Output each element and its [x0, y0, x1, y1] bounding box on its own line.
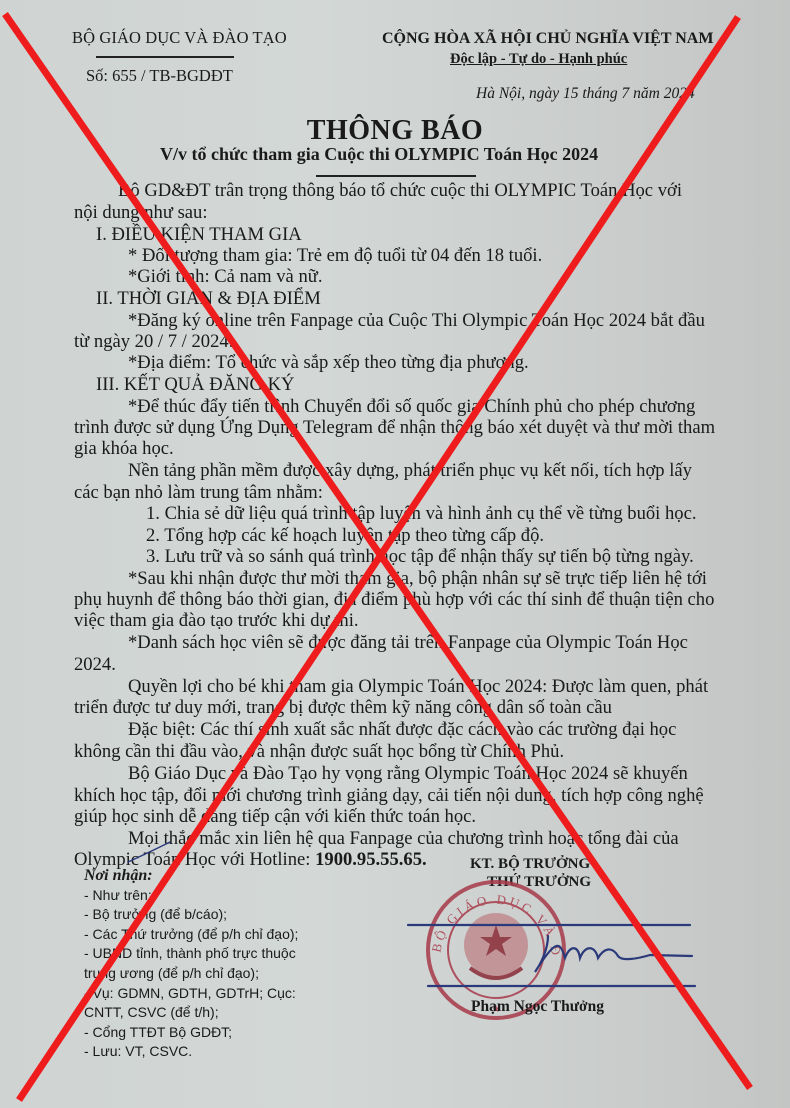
recipient-item: - Vụ: GDMN, GDTH, GDTrH; Cục: [84, 984, 298, 1004]
list-item: 2. Tổng hợp các kế hoạch luyện tập theo … [146, 525, 544, 547]
national-motto: Độc lập - Tự do - Hạnh phúc [450, 51, 627, 68]
body-line: Bộ GD&ĐT trân trọng thông báo tổ chức cu… [118, 180, 682, 202]
body-line: 2024. [74, 654, 116, 676]
body-line: giúp học sinh dễ dàng tiếp cận với kiến … [74, 806, 476, 828]
section-heading: I. ĐIỀU KIỆN THAM GIA [96, 224, 302, 246]
body-line: triển được tư duy mới, trang bị được thê… [74, 697, 612, 719]
body-line: *Để thúc đẩy tiến trình Chuyển đổi số qu… [128, 396, 695, 418]
document-subtitle: V/v tổ chức tham gia Cuộc thi OLYMPIC To… [160, 144, 598, 165]
body-line: Bộ Giáo Dục và Đào Tạo hy vọng rằng Olym… [128, 763, 688, 785]
recipients-block: Nơi nhận: - Như trên; - Bộ trưởng (để b/… [84, 866, 298, 1062]
ministry-name: BỘ GIÁO DỤC VÀ ĐÀO TẠO [72, 28, 287, 48]
body-line: *Địa điểm: Tổ chức và sắp xếp theo từng … [128, 352, 529, 374]
recipient-item: - Các Thứ trưởng (để p/h chỉ đạo); [84, 925, 298, 945]
body-line: Nền tảng phần mềm được xây dựng, phát tr… [128, 460, 692, 482]
body-line: *Đăng ký online trên Fanpage của Cuộc Th… [128, 310, 705, 332]
list-item: 1. Chia sẻ dữ liệu quá trình tập luyện v… [146, 503, 696, 525]
title-underline [316, 175, 476, 177]
body-line: phụ huynh để thông báo thời gian, địa đi… [74, 589, 714, 611]
document-title: THÔNG BÁO [0, 115, 790, 147]
recipient-item: CNTT, CSVC (để t/h); [84, 1003, 298, 1023]
recipient-item: trung ương (để p/h chỉ đạo); [84, 964, 298, 984]
body-line: *Giới tính: Cả nam và nữ. [128, 266, 322, 288]
body-line: Mọi thắc mắc xin liên hệ qua Fanpage của… [128, 828, 679, 850]
body-line: trình được sử dụng Ứng Dụng Telegram để … [74, 417, 715, 439]
signer-name: Phạm Ngọc Thưởng [471, 998, 604, 1016]
document-number: Số: 655 / TB-BGDĐT [86, 66, 233, 86]
body-line: khích học tập, đổi mới chương trình giản… [74, 785, 704, 807]
recipient-item: - Lưu: VT, CSVC. [84, 1042, 298, 1062]
recipient-item: - Cổng TTĐT Bộ GDĐT; [84, 1023, 298, 1043]
list-item: 3. Lưu trữ và so sánh quá trình học tập … [146, 546, 694, 568]
body-line: * Đối tượng tham gia: Trẻ em độ tuổi từ … [128, 245, 542, 267]
recipient-item: - Bộ trưởng (để b/cáo); [84, 905, 298, 925]
recipient-item: - UBND tỉnh, thành phố trực thuộc [84, 944, 298, 964]
section-heading: II. THỜI GIAN & ĐỊA ĐIỂM [96, 288, 321, 310]
signer-subtitle: THỨ TRƯỞNG [487, 874, 591, 891]
body-line: gia khóa học. [74, 438, 174, 460]
country-name: CỘNG HÒA XÃ HỘI CHỦ NGHĨA VIỆT NAM [382, 30, 713, 48]
recipient-item: - Như trên; [84, 886, 298, 906]
body-line: *Danh sách học viên sẽ được đăng tải trê… [128, 632, 688, 654]
body-line: không cần thi đầu vào, và nhận được suất… [74, 741, 564, 763]
body-line: việc tham gia đào tạo trước khi dự thi. [74, 610, 359, 632]
place-date: Hà Nội, ngày 15 tháng 7 năm 2024 [476, 85, 695, 103]
body-line: Đặc biệt: Các thí sinh xuất sắc nhất đượ… [128, 719, 676, 741]
body-line: nội dung như sau: [74, 202, 208, 224]
section-heading: III. KẾT QUẢ ĐĂNG KÝ [96, 374, 294, 396]
body-line: *Sau khi nhận được thư mời tham gia, bộ … [128, 568, 707, 590]
recipients-heading: Nơi nhận: [84, 866, 298, 886]
document-page: BỘ GIÁO DỤC VÀ ĐÀO TẠO Số: 655 / TB-BGDĐ… [0, 0, 790, 1108]
body-line: từ ngày 20 / 7 / 2024. [74, 331, 233, 353]
ministry-underline [96, 56, 234, 58]
body-line: các bạn nhỏ làm trung tâm nhằm: [74, 482, 323, 504]
body-line: Quyền lợi cho bé khi tham gia Olympic To… [128, 676, 708, 698]
hotline-number: 1900.95.55.65. [315, 849, 427, 870]
signer-title: KT. BỘ TRƯỞNG [470, 856, 590, 873]
